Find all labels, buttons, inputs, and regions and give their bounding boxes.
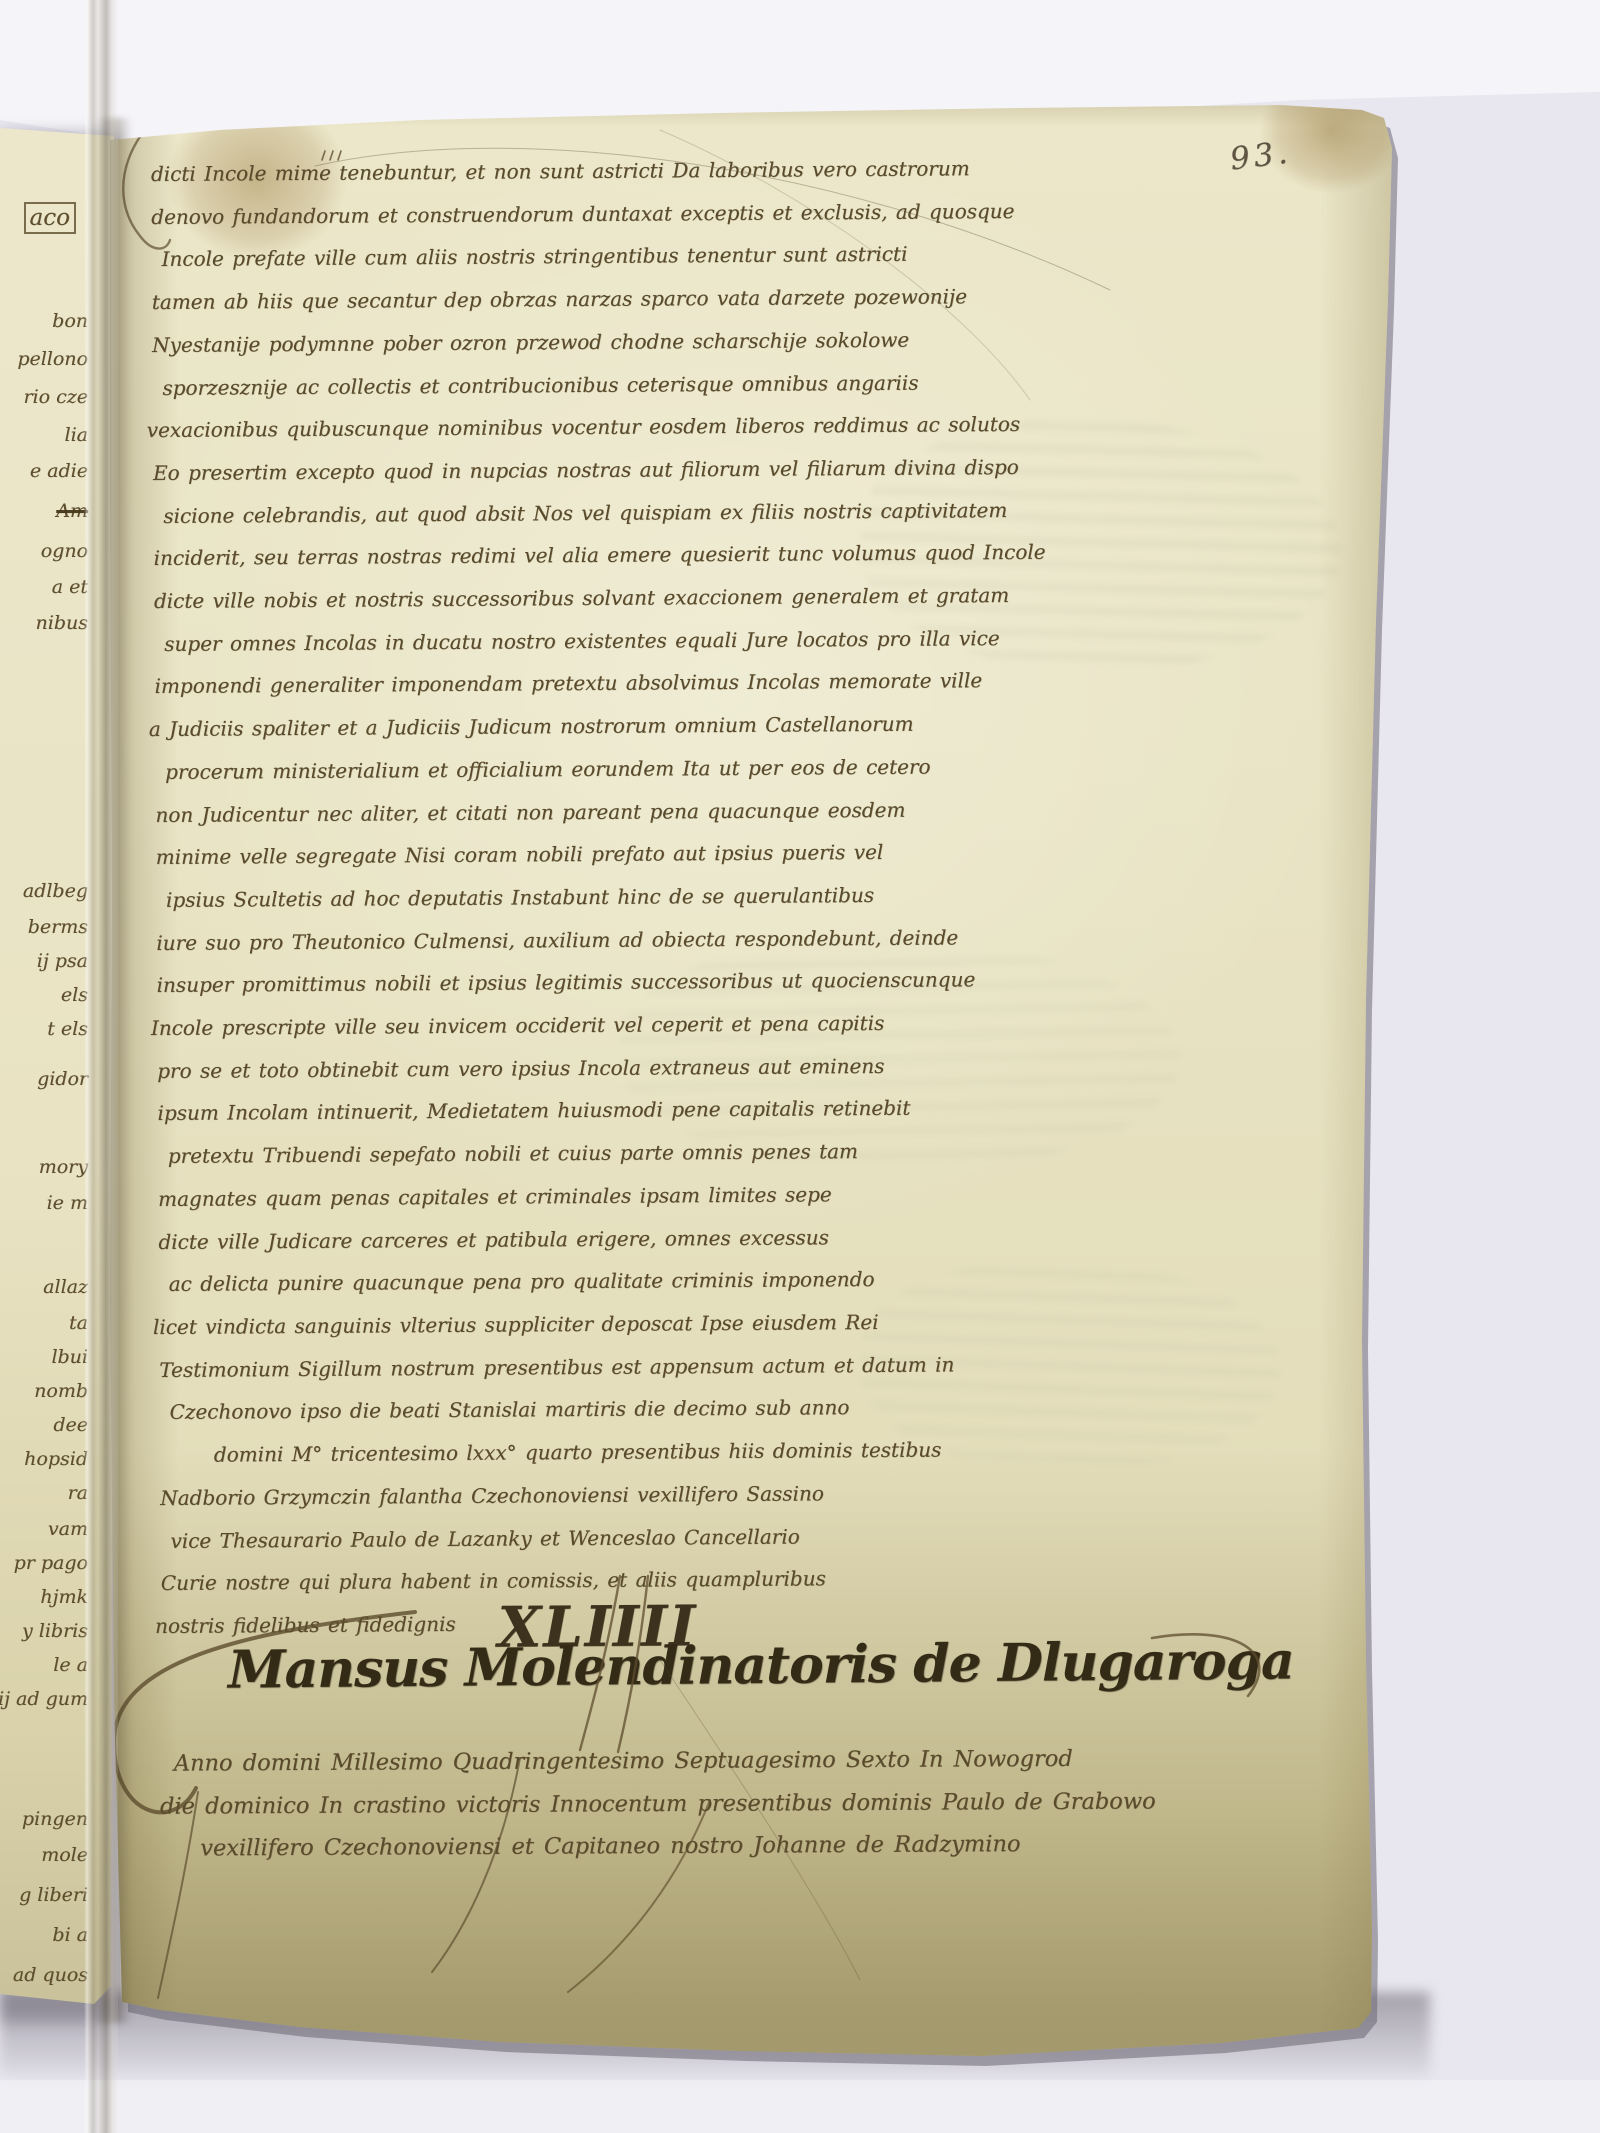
marginalia-fragment: g liberi xyxy=(19,1884,88,1906)
manuscript-line: Eo presertim excepto quod in nupcias nos… xyxy=(153,446,1013,495)
manuscript-line: Nadborio Grzymczin falantha Czechonovien… xyxy=(160,1471,1020,1520)
manuscript-line: ac delicta punire quacunque pena pro qua… xyxy=(169,1257,1019,1306)
manuscript-line: Incole prescripte ville seu invicem occi… xyxy=(151,1001,1017,1050)
manuscript-closing: Anno domini Millesimo Quadringentesimo S… xyxy=(174,1737,1156,1870)
manuscript-line: tamen ab hiis que secantur dep obrzas na… xyxy=(152,275,1012,324)
manuscript-line: vexillifero Czechonoviensi et Capitaneo … xyxy=(200,1822,1156,1870)
glass-strip xyxy=(84,0,118,2133)
manuscript-line: super omnes Incolas in ducatu nostro exi… xyxy=(164,617,1014,666)
manuscript-line: vice Thesaurario Paulo de Lazanky et Wen… xyxy=(170,1513,1020,1562)
backdrop-sheet-bottom xyxy=(0,2080,1600,2133)
marginalia-fragment: y libris xyxy=(22,1620,88,1642)
manuscript-line: dicte ville nobis et nostris successorib… xyxy=(154,574,1014,623)
marginalia-fragment: adlbeg xyxy=(23,880,88,902)
page-number: 93. xyxy=(1228,134,1293,177)
marginalia-fragment: aco xyxy=(24,202,76,234)
marginalia-fragment: nomb xyxy=(34,1380,88,1402)
manuscript-line: a Judiciis spaliter et a Judiciis Judicu… xyxy=(149,702,1015,751)
marginalia-fragment: ij psa xyxy=(37,950,88,972)
manuscript-line: ipsum Incolam intinuerit, Medietatem hui… xyxy=(157,1086,1017,1135)
marginalia-fragment: le a xyxy=(53,1654,88,1676)
manuscript-line: Incole prefate ville cum aliis nostris s… xyxy=(161,232,1011,281)
manuscript-line: iure suo pro Theutonico Culmensi, auxili… xyxy=(156,916,1016,965)
marginalia-fragment: allaz xyxy=(43,1276,88,1298)
manuscript-line: procerum ministerialium et officialium e… xyxy=(165,745,1015,794)
marginalia-fragment: ad quos xyxy=(13,1964,88,1986)
manuscript-text: dicti Incole mime tenebuntur, et non sun… xyxy=(151,147,1021,1648)
manuscript-line: denovo fundandorum et construendorum dun… xyxy=(151,190,1011,239)
manuscript-line: pro se et toto obtinebit cum vero ipsius… xyxy=(157,1044,1017,1093)
marginalia-fragment: dee xyxy=(53,1414,88,1436)
marginalia-fragment: e adie xyxy=(30,460,88,482)
manuscript-line: minime velle segregate Nisi coram nobili… xyxy=(156,830,1016,879)
chapter-heading: Mansus Molendinatoris de Dlugaroga xyxy=(228,1635,1294,1696)
marginalia-fragment: ie m xyxy=(47,1192,88,1214)
manuscript-line: ipsius Scultetis ad hoc deputatis Instab… xyxy=(166,873,1016,922)
marginalia-fragment: a et xyxy=(52,576,88,598)
manuscript-page: 93. dicti Incole mime tenebuntur, et non… xyxy=(100,100,1410,2080)
manuscript-line: sporzesznije ac collectis et contribucio… xyxy=(162,361,1012,410)
manuscript-line: Czechonovo ipso die beati Stanislai mart… xyxy=(169,1385,1019,1434)
marginalia-fragment: gidor xyxy=(37,1068,88,1090)
manuscript-line: dicte ville Judicare carceres et patibul… xyxy=(158,1215,1018,1264)
marginalia-fragment: rio cze xyxy=(23,386,88,408)
marginalia-fragment: vam xyxy=(48,1518,88,1540)
manuscript-line: dicti Incole mime tenebuntur, et non sun… xyxy=(151,147,1011,196)
marginalia-fragment: nibus xyxy=(36,612,88,634)
marginalia-fragment: ij ad gum xyxy=(0,1688,88,1710)
manuscript-line: pretextu Tribuendi sepefato nobili et cu… xyxy=(168,1129,1018,1178)
photo-backdrop: acobonpellonorio czeliae adieAmognoa etn… xyxy=(0,0,1600,2133)
manuscript-line: vexacionibus quibuscunque nominibus voce… xyxy=(147,403,1013,452)
marginalia-fragment: t els xyxy=(47,1018,88,1040)
marginalia-fragment: mory xyxy=(39,1156,88,1178)
manuscript-line: imponendi generaliter imponendam pretext… xyxy=(154,659,1014,708)
marginalia-fragment: lbui xyxy=(51,1346,88,1368)
manuscript-line: magnates quam penas capitales et crimina… xyxy=(158,1172,1018,1221)
marginalia-fragment: pr pago xyxy=(14,1552,88,1574)
marginalia-fragment: berms xyxy=(28,916,88,938)
marginalia-fragment: hjmk xyxy=(40,1586,88,1608)
manuscript-line: die dominico In crastino victoris Innoce… xyxy=(160,1780,1156,1828)
manuscript-line: Nyestanije podymnne pober ozron przewod … xyxy=(152,318,1012,367)
manuscript-line: sicione celebrandis, aut quod absit Nos … xyxy=(163,489,1013,538)
manuscript-line: licet vindicta sanguinis vlterius suppli… xyxy=(153,1300,1019,1349)
marginalia-fragment: hopsid xyxy=(24,1448,88,1470)
manuscript-line: insuper promittimus nobili et ipsius leg… xyxy=(156,958,1016,1007)
marginalia-fragment: pingen xyxy=(22,1808,88,1830)
marginalia-fragment: ogno xyxy=(41,540,88,562)
manuscript-line: non Judicentur nec aliter, et citati non… xyxy=(155,788,1015,837)
manuscript-line: Testimonium Sigillum nostrum presentibus… xyxy=(159,1343,1019,1392)
manuscript-line: inciderit, seu terras nostras redimi vel… xyxy=(153,531,1013,580)
marginalia-fragment: bon xyxy=(52,310,88,332)
marginalia-fragment: pellono xyxy=(17,348,88,370)
marginalia-fragment: mole xyxy=(41,1844,88,1866)
marginalia-fragment: bi a xyxy=(52,1924,88,1946)
manuscript-line: Anno domini Millesimo Quadringentesimo S… xyxy=(174,1737,1156,1785)
manuscript-line: domini M° tricentesimo lxxx° quarto pres… xyxy=(214,1428,1020,1476)
